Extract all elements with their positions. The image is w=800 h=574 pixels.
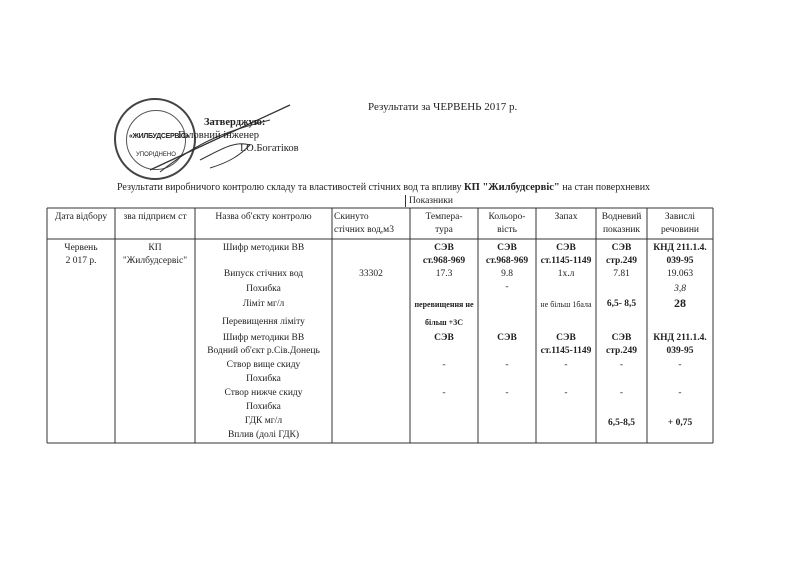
limit-tss: 28 <box>647 297 713 309</box>
method-2-smell: СЭВ <box>536 332 596 344</box>
method-1-color: СЭВ <box>478 242 536 254</box>
method-1-temp-ref: ст.968-969 <box>410 255 478 267</box>
downstream-smell: - <box>536 387 596 399</box>
method-1-ph: СЭВ <box>596 242 647 254</box>
outlet-ph: 7.81 <box>596 268 647 280</box>
row-label-error-1: Похибка <box>195 283 332 295</box>
outlet-color: 9.8 <box>478 268 536 280</box>
col-header-temperature-2: тура <box>410 224 478 236</box>
outlet-smell: 1х.л <box>536 268 596 280</box>
method-2-tss-ref: 039-95 <box>647 345 713 357</box>
upstream-color: - <box>478 359 536 371</box>
row-label-upstream: Створ вище скиду <box>195 359 332 371</box>
method-2-smell-ref: ст.1145-1149 <box>536 345 596 357</box>
method-1-tss-ref: 039-95 <box>647 255 713 267</box>
downstream-tss: - <box>647 387 713 399</box>
row-label-water-body: Водний об'єкт р.Сів.Донець <box>195 345 332 357</box>
row-label-downstream: Створ нижче скиду <box>195 387 332 399</box>
row-label-error-3: Похибка <box>195 401 332 413</box>
discharged-volume: 33302 <box>332 268 410 280</box>
method-1-temp: СЭВ <box>410 242 478 254</box>
col-header-ph-2: показник <box>596 224 647 236</box>
col-header-color-2: вість <box>478 224 536 236</box>
row-label-impact: Вплив (долі ГДК) <box>195 429 332 441</box>
col-header-tss: Завислі <box>647 211 713 223</box>
gdk-tss: + 0,75 <box>647 417 713 429</box>
row-label-outlet: Випуск стічних вод <box>195 268 332 280</box>
method-1-ph-ref: стр.249 <box>596 255 647 267</box>
col-header-object: Назва об'єкту контролю <box>195 211 332 223</box>
enterprise-type: КП <box>115 242 195 254</box>
method-1-smell: СЭВ <box>536 242 596 254</box>
col-header-discharged: Скинуто <box>334 211 410 223</box>
error-1-tss: 3,8 <box>647 283 713 295</box>
sample-date-year: 2 017 р. <box>47 255 115 267</box>
col-header-temperature: Темпера- <box>410 211 478 223</box>
method-2-tss: КНД 211.1.4. <box>647 332 713 344</box>
limit-temp: перевищення не <box>410 299 478 311</box>
col-header-enterprise: зва підприєм ст <box>115 211 195 223</box>
row-label-error-2: Похибка <box>195 373 332 385</box>
row-label-method-1: Шифр методики ВВ <box>195 242 332 254</box>
col-header-color: Кольоро- <box>478 211 536 223</box>
method-1-tss: КНД 211.1.4. <box>647 242 713 254</box>
col-header-discharged-2: стічних вод,м3 <box>334 224 410 236</box>
method-2-ph-ref: стр.249 <box>596 345 647 357</box>
method-1-color-ref: ст.968-969 <box>478 255 536 267</box>
outlet-tss: 19.063 <box>647 268 713 280</box>
row-label-exceed: Перевищення ліміту <box>195 316 332 328</box>
col-header-date: Дата відбору <box>47 211 115 223</box>
method-2-ph: СЭВ <box>596 332 647 344</box>
outlet-temp: 17.3 <box>410 268 478 280</box>
limit-smell: не більш 1бала <box>536 299 596 311</box>
downstream-temp: - <box>410 387 478 399</box>
method-2-temp: СЭВ <box>410 332 478 344</box>
upstream-ph: - <box>596 359 647 371</box>
upstream-smell: - <box>536 359 596 371</box>
downstream-color: - <box>478 387 536 399</box>
method-1-smell-ref: ст.1145-1149 <box>536 255 596 267</box>
col-header-smell: Запах <box>536 211 596 223</box>
limit-ph: 6,5- 8,5 <box>596 298 647 310</box>
upstream-tss: - <box>647 359 713 371</box>
gdk-ph: 6,5-8,5 <box>596 417 647 429</box>
upstream-temp: - <box>410 359 478 371</box>
row-label-method-2: Шифр методики ВВ <box>195 332 332 344</box>
method-2-color: СЭВ <box>478 332 536 344</box>
error-1-color: - <box>478 281 536 293</box>
downstream-ph: - <box>596 387 647 399</box>
col-header-tss-2: речовини <box>647 224 713 236</box>
exceed-temp: більш +3С <box>410 317 478 329</box>
row-label-gdk: ГДК мг/л <box>195 415 332 427</box>
row-label-limit: Ліміт мг/л <box>195 298 332 310</box>
sample-date-month: Червень <box>47 242 115 254</box>
col-header-ph: Водневий <box>596 211 647 223</box>
enterprise-name: "Жилбудсервіс" <box>115 255 195 267</box>
